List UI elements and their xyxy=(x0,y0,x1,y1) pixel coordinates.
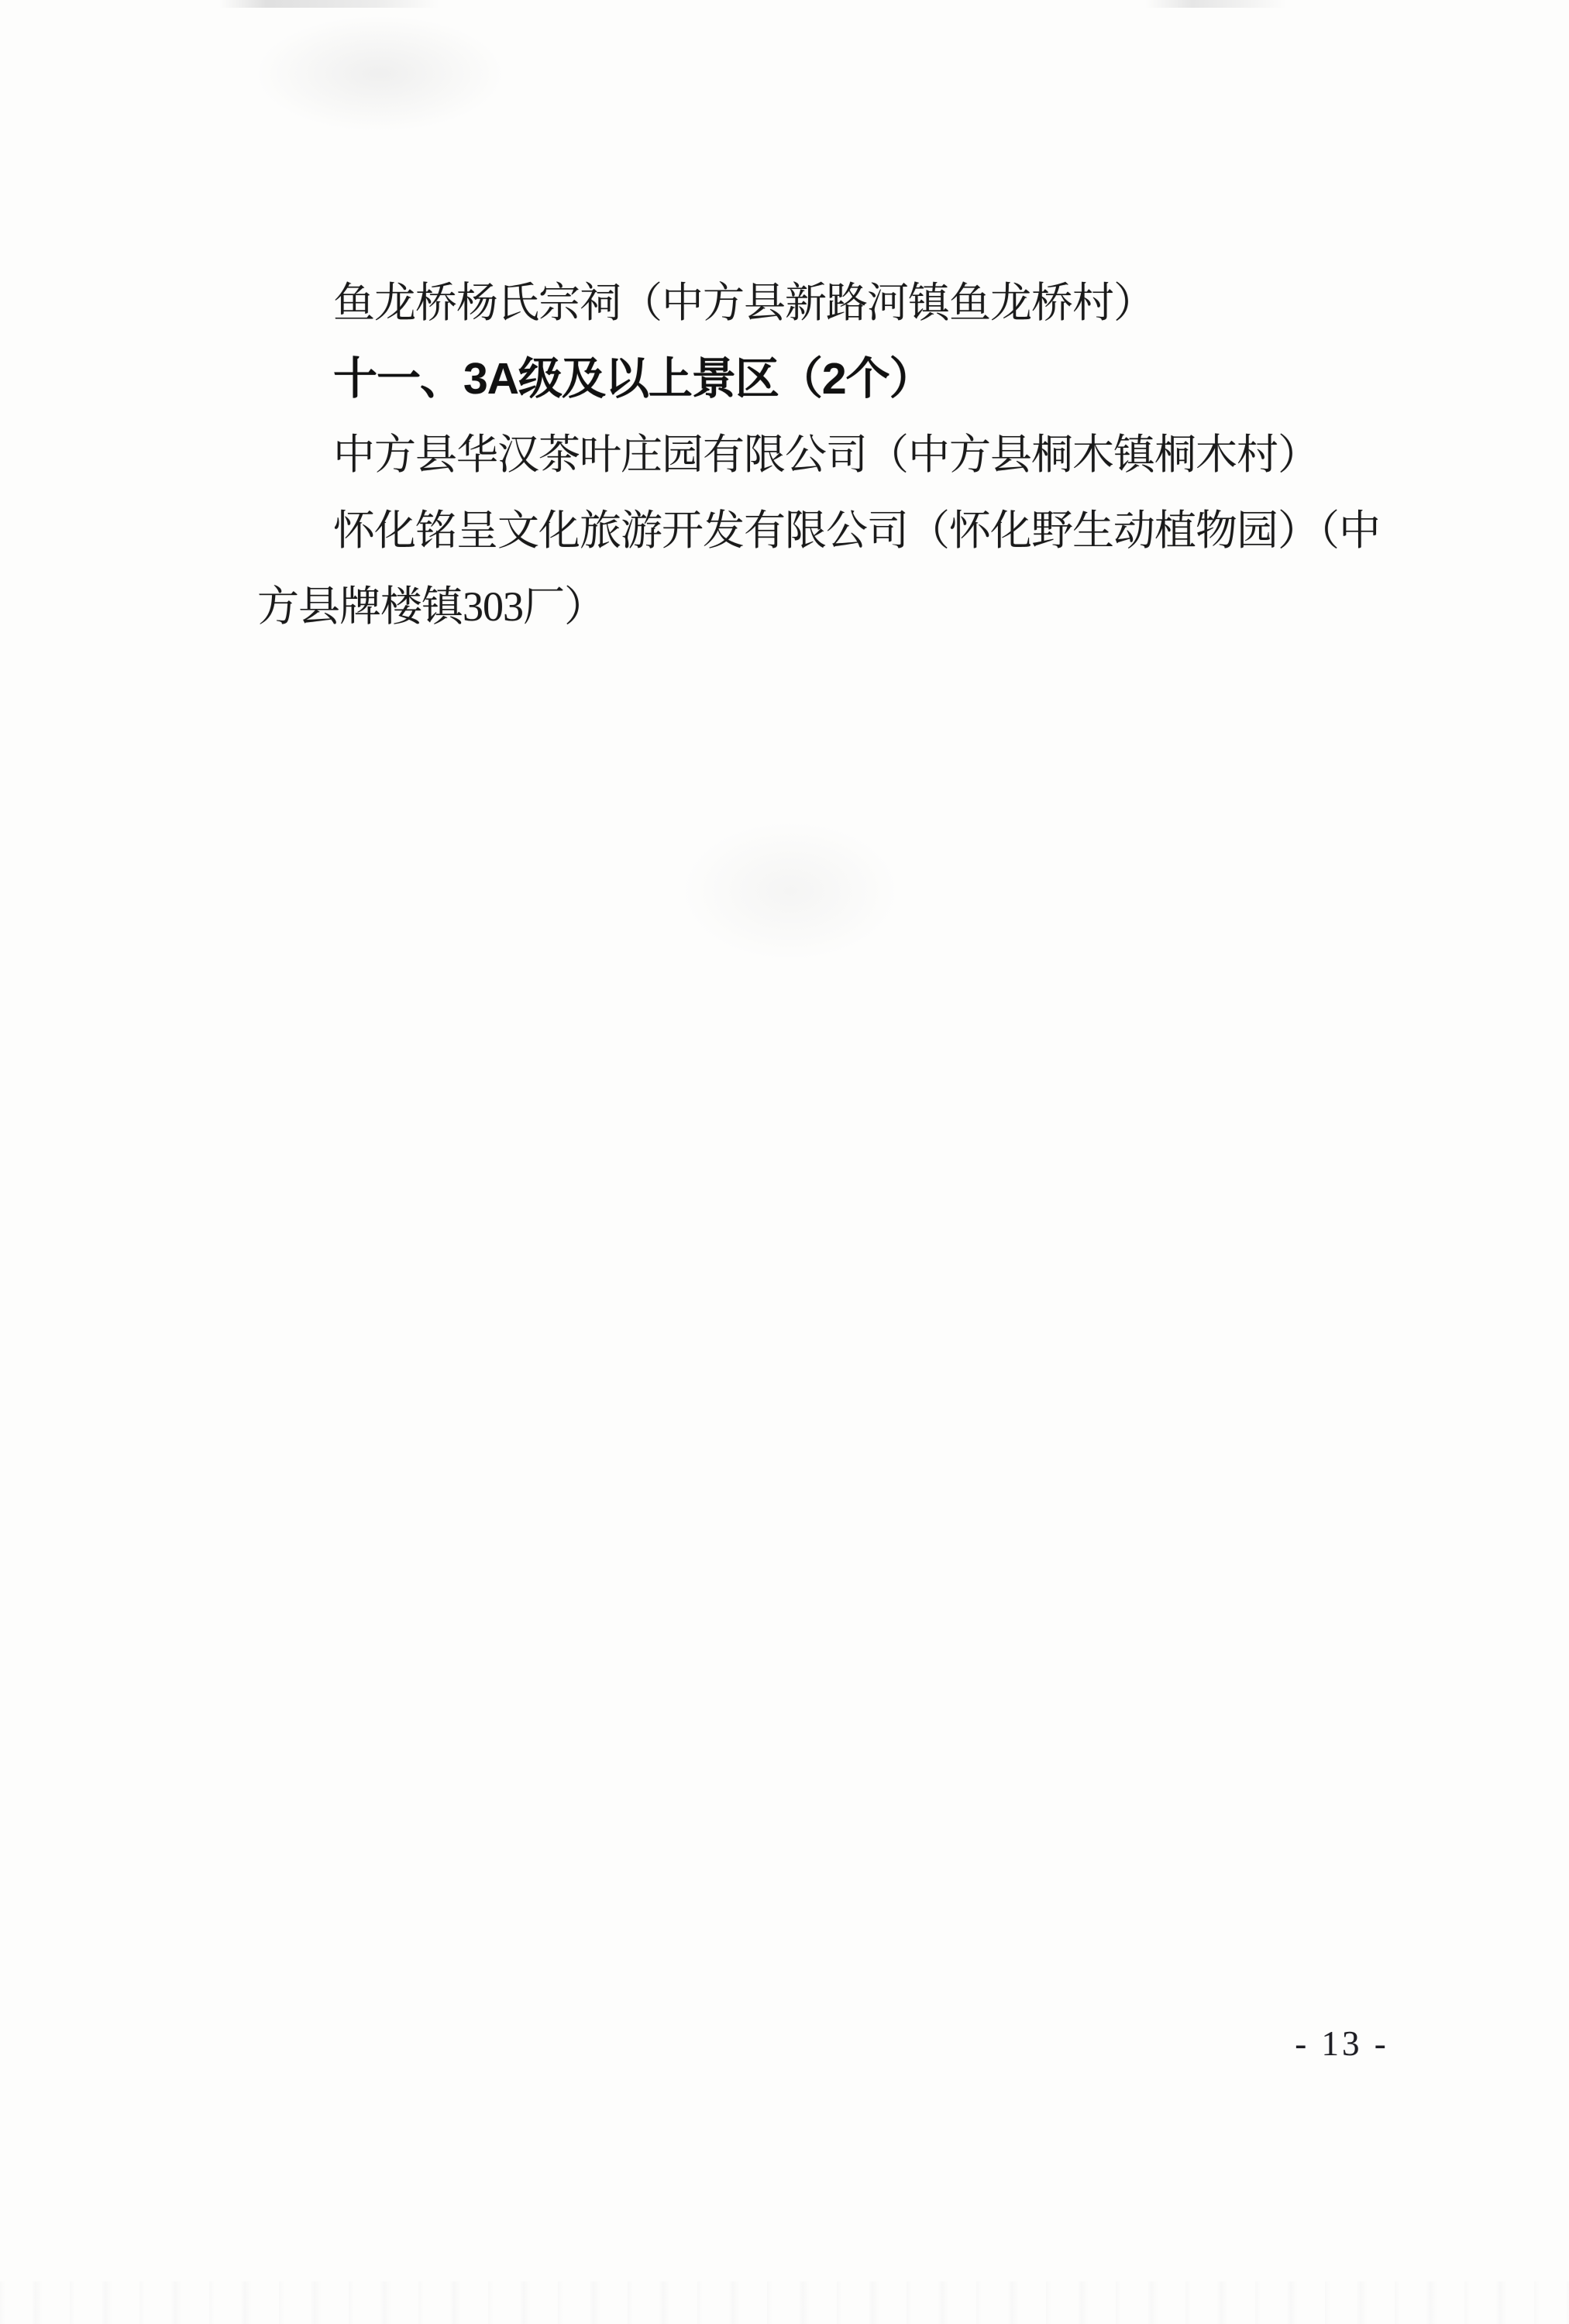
scan-edge-noise xyxy=(0,2281,1569,2324)
document-page: 鱼龙桥杨氏宗祠（中方县新路河镇鱼龙桥村） 十一、3A级及以上景区（2个） 中方县… xyxy=(0,0,1569,2324)
document-body: 鱼龙桥杨氏宗祠（中方县新路河镇鱼龙桥村） 十一、3A级及以上景区（2个） 中方县… xyxy=(257,265,1396,645)
scan-edge-noise xyxy=(0,0,1569,8)
section-heading: 十一、3A级及以上景区（2个） xyxy=(257,341,1396,417)
body-line-item-1: 中方县华汉茶叶庄园有限公司（中方县桐木镇桐木村） xyxy=(257,417,1396,493)
page-number: - 13 - xyxy=(1280,2020,1404,2067)
body-line-item-2-first: 怀化铭呈文化旅游开发有限公司（怀化野生动植物园）（中 xyxy=(257,493,1396,569)
body-line-item-2-wrap: 方县牌楼镇303厂） xyxy=(257,569,1396,645)
scan-smudge xyxy=(256,15,504,132)
body-line-continuation: 鱼龙桥杨氏宗祠（中方县新路河镇鱼龙桥村） xyxy=(257,265,1396,341)
scan-smudge xyxy=(682,821,899,961)
